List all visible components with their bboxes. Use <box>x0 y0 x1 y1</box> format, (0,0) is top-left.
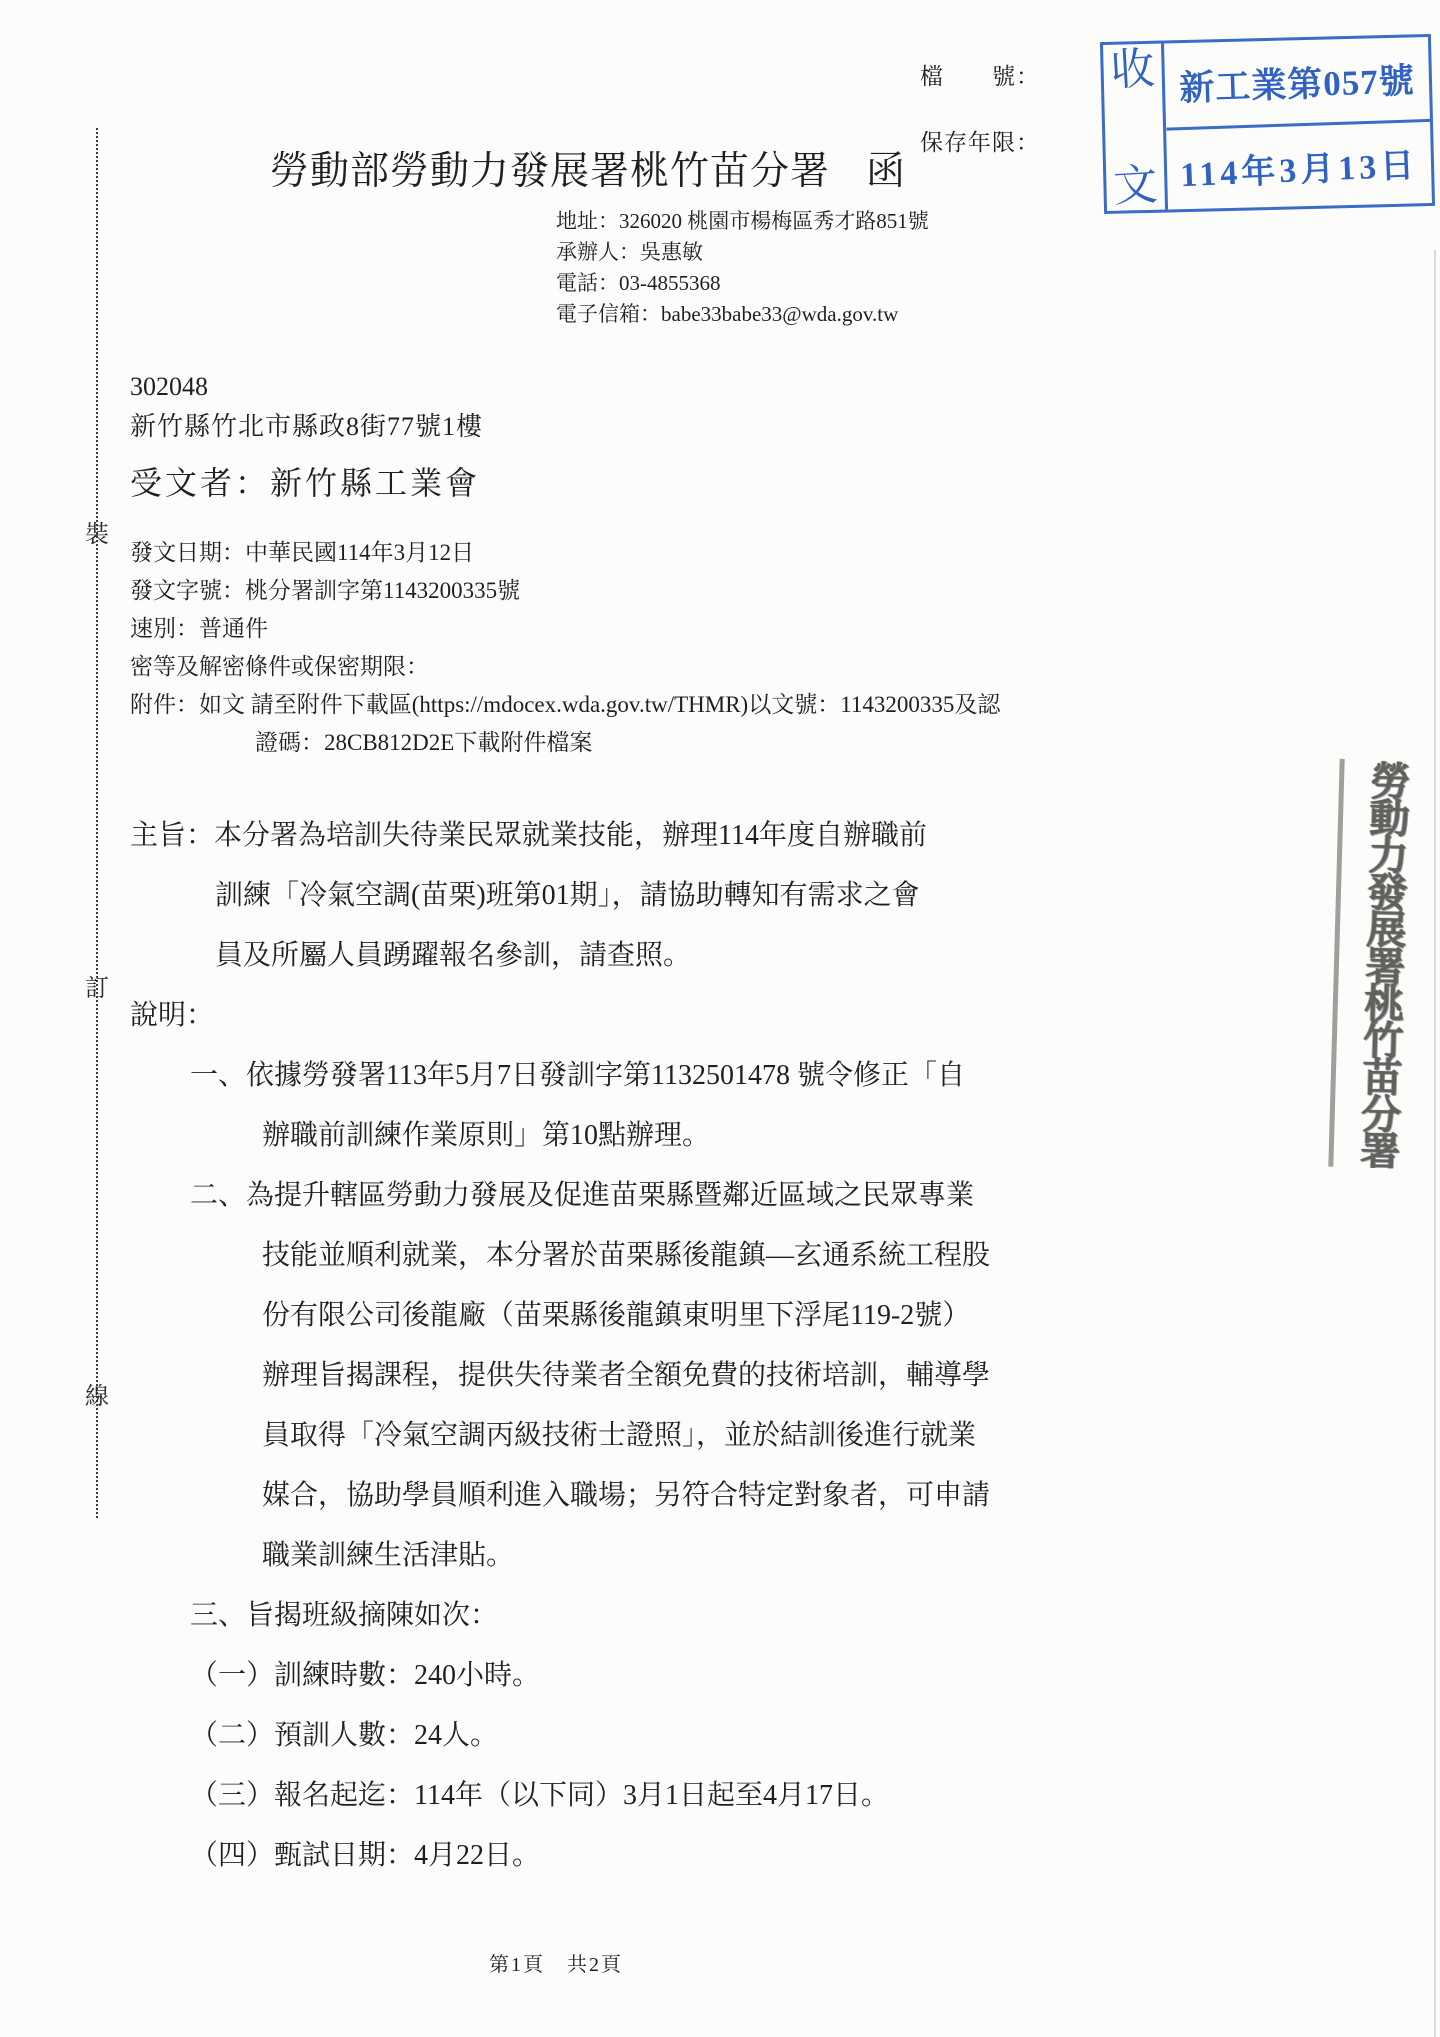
receipt-stamp-left-column: 收 文 <box>1103 44 1168 211</box>
item-2-line-2: 技能並順利就業，本分署於苗栗縣後龍鎮—玄通系統工程股 <box>130 1226 1290 1286</box>
item-3-number: 三、 <box>190 1600 246 1631</box>
letter-body: 主旨：本分署為培訓失待業民眾就業技能，辦理114年度自辦職前 訓練「冷氣空調(苗… <box>130 806 1290 1886</box>
item-2-line-4: 辦理旨揭課程，提供失待業者全額免費的技術培訓，輔導學 <box>130 1346 1290 1406</box>
subitem-1: （一）訓練時數：240小時。 <box>130 1646 1290 1706</box>
item-1-line-1: 一、依據勞發署113年5月7日發訓字第1132501478 號令修正「自 <box>130 1046 1290 1106</box>
subitem-3: （三）報名起迄：114年（以下同）3月1日起至4月17日。 <box>130 1766 1290 1826</box>
item-2-line-5: 員取得「冷氣空調丙級技術士證照」，並於結訓後進行就業 <box>130 1406 1290 1466</box>
receipt-stamp-right-column: 新工業第057號 114年3月13日 <box>1164 37 1432 209</box>
page-title: 勞動部勞動力發展署桃竹苗分署函 <box>270 140 906 196</box>
subitem-4: （四）甄試日期：4月22日。 <box>130 1826 1290 1886</box>
item-2-text-1: 為提升轄區勞動力發展及促進苗栗縣暨鄰近區域之民眾專業 <box>246 1180 974 1211</box>
subitem-2: （二）預訓人數：24人。 <box>130 1706 1290 1766</box>
item-2-number: 二、 <box>190 1180 246 1211</box>
sender-email: 電子信箱：babe33babe33@wda.gov.tw <box>556 299 929 330</box>
retention-period-label: 保存年限： <box>920 124 1040 157</box>
document-type: 函 <box>866 150 906 193</box>
binding-label-xian: 線 <box>84 1376 110 1411</box>
agency-name: 勞動部勞動力發展署桃竹苗分署 <box>270 150 830 193</box>
receipt-stamp: 收 文 新工業第057號 114年3月13日 <box>1100 34 1435 214</box>
item-3-text: 旨揭班級摘陳如次： <box>246 1600 498 1631</box>
file-number-label: 檔 號： <box>920 58 1040 91</box>
document-number: 發文字號：桃分署訓字第1143200335號 <box>130 572 1000 610</box>
item-3-line: 三、旨揭班級摘陳如次： <box>130 1586 1290 1646</box>
recipient-address: 新竹縣竹北市縣政8街77號1樓 <box>130 406 483 443</box>
receipt-stamp-number: 新工業第057號 <box>1164 36 1431 131</box>
attachment-line-2: 證碼：28CB812D2E下載附件檔案 <box>130 724 1000 762</box>
page-footer: 第1頁 共2頁 <box>489 1948 623 1977</box>
issue-date: 發文日期：中華民國114年3月12日 <box>130 534 1000 572</box>
sender-contact-person: 承辦人：吳惠敏 <box>556 237 929 268</box>
item-2-line-1: 二、為提升轄區勞動力發展及促進苗栗縣暨鄰近區域之民眾專業 <box>130 1166 1290 1226</box>
sender-phone: 電話：03-4855368 <box>556 268 929 299</box>
item-1-line-2: 辦職前訓練作業原則」第10點辦理。 <box>130 1106 1290 1166</box>
subject-label: 主旨： <box>130 820 214 851</box>
receipt-stamp-char-bottom: 文 <box>1112 161 1159 212</box>
item-1-number: 一、 <box>190 1060 246 1091</box>
sender-contact-block: 地址：326020 桃園市楊梅區秀才路851號 承辦人：吳惠敏 電話：03-48… <box>556 206 929 330</box>
secrecy-line: 密等及解密條件或保密期限： <box>130 648 1000 686</box>
scan-edge-line <box>1434 250 1436 2037</box>
subject-line-2: 訓練「冷氣空調(苗栗)班第01期」，請協助轉知有需求之會 <box>130 866 1290 926</box>
explanation-label: 說明： <box>130 986 1290 1046</box>
receipt-stamp-char-top: 收 <box>1109 45 1156 96</box>
subject-text-1: 本分署為培訓失待業民眾就業技能，辦理114年度自辦職前 <box>214 820 927 851</box>
document-metadata: 發文日期：中華民國114年3月12日 發文字號：桃分署訓字第1143200335… <box>130 534 1000 762</box>
binding-label-zhuang: 裝 <box>84 514 110 549</box>
attachment-line-1: 附件：如文 請至附件下載區(https://mdocex.wda.gov.tw/… <box>130 686 1000 724</box>
item-2-line-3: 份有限公司後龍廠（苗栗縣後龍鎮東明里下浮尾119-2號） <box>130 1286 1290 1346</box>
binding-label-ding: 訂 <box>84 968 110 1003</box>
binding-dotted-line <box>96 128 98 1518</box>
scanned-official-letter-page: 檔 號： 保存年限： 收 文 新工業第057號 114年3月13日 勞動部勞動力… <box>0 0 1440 2037</box>
subject-line-3: 員及所屬人員踴躍報名參訓，請查照。 <box>130 926 1290 986</box>
subject-line-1: 主旨：本分署為培訓失待業民眾就業技能，辦理114年度自辦職前 <box>130 806 1290 866</box>
item-2-line-7: 職業訓練生活津貼。 <box>130 1526 1290 1586</box>
receipt-stamp-date: 114年3月13日 <box>1165 121 1432 212</box>
agency-seal-stamp: 勞動力發展署桃竹苗分署 <box>1328 759 1430 1169</box>
item-1-text-1: 依據勞發署113年5月7日發訓字第1132501478 號令修正「自 <box>246 1060 965 1091</box>
recipient-line: 受文者：新竹縣工業會 <box>130 458 480 504</box>
item-2-line-6: 媒合，協助學員順利進入職場；另符合特定對象者，可申請 <box>130 1466 1290 1526</box>
recipient-zip: 302048 <box>130 372 208 402</box>
speed-class: 速別：普通件 <box>130 610 1000 648</box>
sender-address: 地址：326020 桃園市楊梅區秀才路851號 <box>556 206 929 237</box>
